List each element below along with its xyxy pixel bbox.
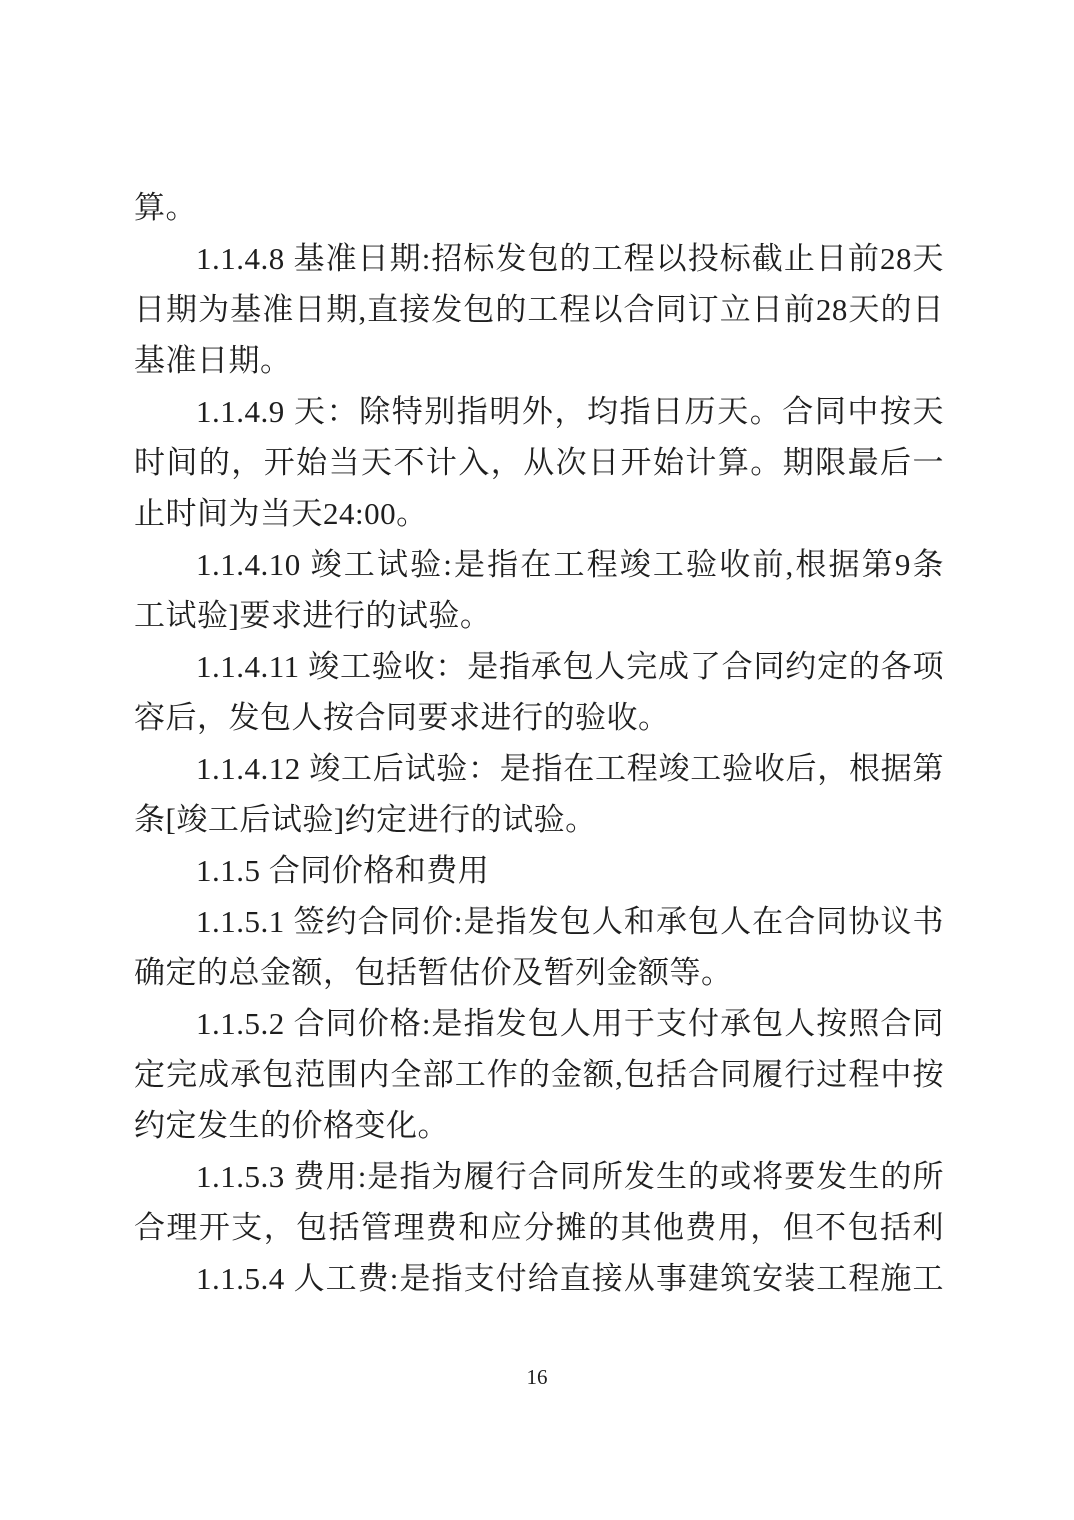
text-line: 1.1.4.8 基准日期:招标发包的工程以投标截止日前28天的 [134, 233, 944, 284]
text-line: 1.1.5.3 费用:是指为履行合同所发生的或将要发生的所有 [134, 1151, 944, 1202]
text-line: 容后，发包人按合同要求进行的验收。 [134, 692, 944, 743]
text-line: 1.1.5.2 合同价格:是指发包人用于支付承包人按照合同约 [134, 998, 944, 1049]
text-line: 算。 [134, 182, 944, 233]
text-line: 合理开支，包括管理费和应分摊的其他费用，但不包括利润。 [134, 1202, 944, 1253]
text-line: 约定发生的价格变化。 [134, 1100, 944, 1151]
text-line: 1.1.5 合同价格和费用 [134, 845, 944, 896]
text-line: 工试验]要求进行的试验。 [134, 590, 944, 641]
document-body: 算。1.1.4.8 基准日期:招标发包的工程以投标截止日前28天的日期为基准日期… [134, 182, 944, 1304]
text-line: 1.1.4.12 竣工后试验：是指在工程竣工验收后，根据第12 [134, 743, 944, 794]
text-line: 1.1.4.11 竣工验收：是指承包人完成了合同约定的各项内 [134, 641, 944, 692]
page-number: 16 [0, 1363, 1074, 1391]
text-line: 日期为基准日期,直接发包的工程以合同订立日前28天的日期为 [134, 284, 944, 335]
text-line: 定完成承包范围内全部工作的金额,包括合同履行过程中按合同 [134, 1049, 944, 1100]
text-line: 时间的，开始当天不计入，从次日开始计算。期限最后一天的截 [134, 437, 944, 488]
text-line: 1.1.4.10 竣工试验:是指在工程竣工验收前,根据第9条[竣 [134, 539, 944, 590]
text-line: 确定的总金额，包括暂估价及暂列金额等。 [134, 947, 944, 998]
text-line: 条[竣工后试验]约定进行的试验。 [134, 794, 944, 845]
document-page: 算。1.1.4.8 基准日期:招标发包的工程以投标截止日前28天的日期为基准日期… [0, 0, 1074, 1520]
text-line: 1.1.5.4 人工费:是指支付给直接从事建筑安装工程施工作 [134, 1253, 944, 1304]
text-line: 止时间为当天24:00。 [134, 488, 944, 539]
text-line: 1.1.4.9 天：除特别指明外，均指日历天。合同中按天计算 [134, 386, 944, 437]
text-line: 基准日期。 [134, 335, 944, 386]
text-line: 1.1.5.1 签约合同价:是指发包人和承包人在合同协议书中 [134, 896, 944, 947]
